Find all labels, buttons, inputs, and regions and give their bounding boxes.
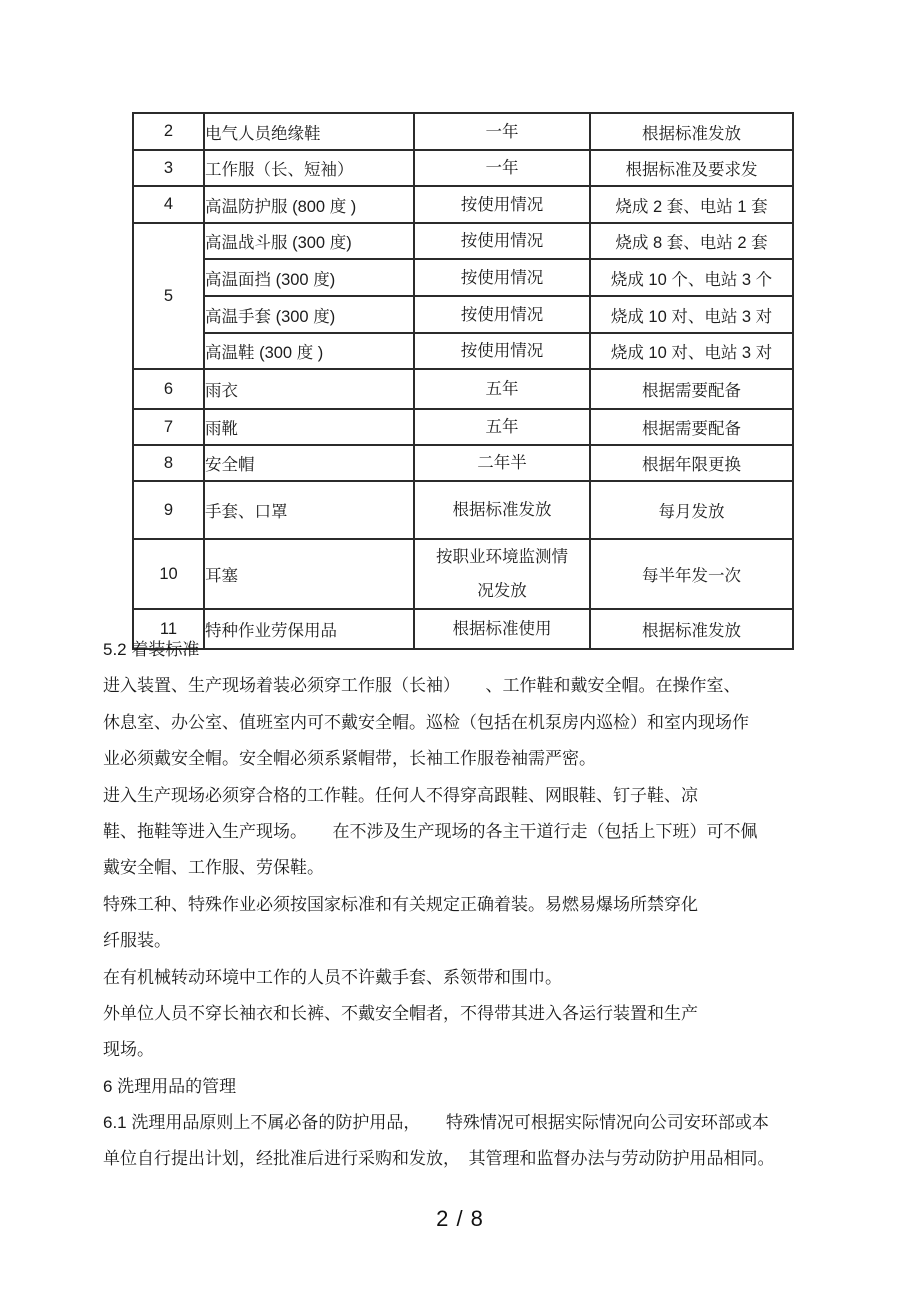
paragraph-line: 6.1 洗理用品原则上不属必备的防护用品， 特殊情况可根据实际情况向公司安环部或… [103, 1105, 873, 1141]
row-number-cell: 2 [133, 113, 204, 150]
standard-cell: 烧成 10 对、电站 3 对 [590, 296, 793, 333]
duration-cell: 二年半 [414, 445, 590, 481]
standard-cell: 根据年限更换 [590, 445, 793, 481]
paragraph-line: 特殊工种、特殊作业必须按国家标准和有关规定正确着装。易燃易爆场所禁穿化 [103, 887, 873, 923]
section-heading: 5.2 着装标准 [103, 632, 873, 668]
duration-cell: 按使用情况 [414, 259, 590, 296]
table-row: 3 工作服（长、短袖） 一年 根据标准及要求发 [133, 150, 793, 186]
table-row: 10 耳塞 按职业环境监测情 况发放 每半年发一次 [133, 539, 793, 609]
paragraph-line: 休息室、办公室、值班室内可不戴安全帽。巡检（包括在机泵房内巡检）和室内现场作 [103, 705, 873, 741]
duration-cell: 一年 [414, 150, 590, 186]
table-row: 高温手套 (300 度) 按使用情况 烧成 10 对、电站 3 对 [133, 296, 793, 333]
paragraph-line: 纤服装。 [103, 923, 873, 959]
paragraph-line: 单位自行提出计划，经批准后进行采购和发放， 其管理和监督办法与劳动防护用品相同。 [103, 1141, 873, 1177]
standard-cell: 烧成 2 套、电站 1 套 [590, 186, 793, 223]
duration-cell: 五年 [414, 409, 590, 445]
duration-cell: 一年 [414, 113, 590, 150]
row-number-cell: 10 [133, 539, 204, 609]
row-number-cell: 6 [133, 369, 204, 409]
table-row: 8 安全帽 二年半 根据年限更换 [133, 445, 793, 481]
row-number-cell: 4 [133, 186, 204, 223]
table-row: 9 手套、口罩 根据标准发放 每月发放 [133, 481, 793, 539]
standard-cell: 根据标准及要求发 [590, 150, 793, 186]
row-number-cell: 3 [133, 150, 204, 186]
duration-cell: 按使用情况 [414, 186, 590, 223]
paragraph-line: 鞋、拖鞋等进入生产现场。 在不涉及生产现场的各主干道行走（包括上下班）可不佩 [103, 814, 873, 850]
standard-cell: 根据需要配备 [590, 369, 793, 409]
duration-cell: 根据标准发放 [414, 481, 590, 539]
row-number-cell: 7 [133, 409, 204, 445]
page-number: 2 / 8 [0, 1206, 920, 1232]
duration-cell: 按使用情况 [414, 333, 590, 369]
table-row: 6 雨衣 五年 根据需要配备 [133, 369, 793, 409]
item-name-cell: 手套、口罩 [204, 481, 414, 539]
table-row: 7 雨靴 五年 根据需要配备 [133, 409, 793, 445]
table-row: 5 高温战斗服 (300 度) 按使用情况 烧成 8 套、电站 2 套 [133, 223, 793, 259]
standard-cell: 烧成 10 个、电站 3 个 [590, 259, 793, 296]
paragraph-line: 戴安全帽、工作服、劳保鞋。 [103, 850, 873, 886]
paragraph-line: 进入装置、生产现场着装必须穿工作服（长袖） 、工作鞋和戴安全帽。在操作室、 [103, 668, 873, 704]
duration-cell: 五年 [414, 369, 590, 409]
item-name-cell: 高温战斗服 (300 度) [204, 223, 414, 259]
standard-cell: 根据标准发放 [590, 113, 793, 150]
duration-cell: 按职业环境监测情 况发放 [414, 539, 590, 609]
standard-cell: 根据需要配备 [590, 409, 793, 445]
paragraph-line: 业必须戴安全帽。安全帽必须系紧帽带，长袖工作服卷袖需严密。 [103, 741, 873, 777]
paragraph-line: 现场。 [103, 1032, 873, 1068]
item-name-cell: 电气人员绝缘鞋 [204, 113, 414, 150]
item-name-cell: 安全帽 [204, 445, 414, 481]
item-name-cell: 工作服（长、短袖） [204, 150, 414, 186]
standard-cell: 每半年发一次 [590, 539, 793, 609]
table-row: 2 电气人员绝缘鞋 一年 根据标准发放 [133, 113, 793, 150]
item-name-cell: 高温防护服 (800 度 ) [204, 186, 414, 223]
paragraph-line: 外单位人员不穿长袖衣和长裤、不戴安全帽者，不得带其进入各运行装置和生产 [103, 996, 873, 1032]
table-row: 4 高温防护服 (800 度 ) 按使用情况 烧成 2 套、电站 1 套 [133, 186, 793, 223]
body-text: 5.2 着装标准 进入装置、生产现场着装必须穿工作服（长袖） 、工作鞋和戴安全帽… [103, 632, 873, 1178]
item-name-cell: 雨衣 [204, 369, 414, 409]
item-name-cell: 雨靴 [204, 409, 414, 445]
ppe-table: 2 电气人员绝缘鞋 一年 根据标准发放 3 工作服（长、短袖） 一年 根据标准及… [132, 112, 794, 650]
document-page: 2 电气人员绝缘鞋 一年 根据标准发放 3 工作服（长、短袖） 一年 根据标准及… [0, 0, 920, 1303]
item-name-cell: 高温鞋 (300 度 ) [204, 333, 414, 369]
table-row: 高温面挡 (300 度) 按使用情况 烧成 10 个、电站 3 个 [133, 259, 793, 296]
table-row: 高温鞋 (300 度 ) 按使用情况 烧成 10 对、电站 3 对 [133, 333, 793, 369]
duration-cell: 按使用情况 [414, 223, 590, 259]
row-number-cell: 5 [133, 223, 204, 369]
standard-cell: 烧成 10 对、电站 3 对 [590, 333, 793, 369]
item-name-cell: 耳塞 [204, 539, 414, 609]
paragraph-line: 进入生产现场必须穿合格的工作鞋。任何人不得穿高跟鞋、网眼鞋、钉子鞋、凉 [103, 778, 873, 814]
duration-cell: 按使用情况 [414, 296, 590, 333]
row-number-cell: 8 [133, 445, 204, 481]
item-name-cell: 高温手套 (300 度) [204, 296, 414, 333]
section-heading: 6 洗理用品的管理 [103, 1069, 873, 1105]
item-name-cell: 高温面挡 (300 度) [204, 259, 414, 296]
row-number-cell: 9 [133, 481, 204, 539]
paragraph-line: 在有机械转动环境中工作的人员不许戴手套、系领带和围巾。 [103, 960, 873, 996]
standard-cell: 每月发放 [590, 481, 793, 539]
standard-cell: 烧成 8 套、电站 2 套 [590, 223, 793, 259]
